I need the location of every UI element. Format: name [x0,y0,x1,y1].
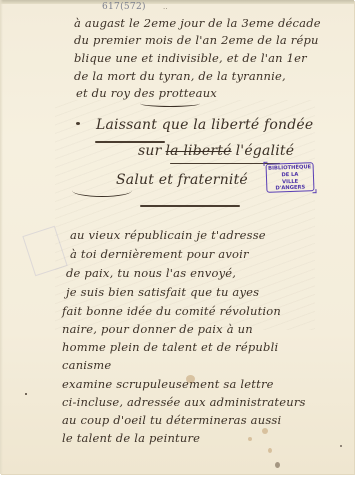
closing-line-3: au coup d'oeil tu détermineras aussi [62,413,281,427]
body-line-1: au vieux républicain je t'adresse [70,228,266,242]
header-line-5: et du roy des protteaux [76,86,217,100]
body-line-7: homme plein de talent et de républi [62,340,278,354]
foxing-stain [268,448,272,453]
library-stamp: BIBLIOTHÈQUE DE LA VILLE D'ANGERS [266,162,315,193]
closing-line-1: examine scrupuleusement sa lettre [62,377,274,391]
header-line-2: du premier mois de l'an 2eme de la répu [74,33,319,47]
motto-line-1: Laissant que la liberté fondée [96,117,313,133]
body-line-2: à toi dernièrement pour avoir [70,247,249,261]
header-line-4: de la mort du tyran, de la tyrannie, [74,69,286,83]
ink-speck [340,445,342,447]
foxing-stain [275,462,280,468]
closing-line-4: le talent de la peinture [62,431,200,445]
manuscript-page: 617(572) .. à augast le 2eme jour de la … [0,0,354,474]
motto-line-2-prefix: sur [138,143,162,159]
body-line-4: je suis bien satisfait que tu ayes [66,285,259,299]
motto-line-2-suffix: l'égalité [236,143,295,159]
stamp-line-3: VILLE D'ANGERS [267,178,313,193]
foxing-stain [248,437,252,441]
salutation: Salut et fraternité [116,172,248,188]
faded-stamp-ghost [22,226,67,276]
header-line-3: blique une et indivisible, et de l'an 1e… [74,51,307,65]
body-line-5: fait bonne idée du comité révolution [62,304,281,318]
flourish-2 [72,184,132,197]
ink-blot [76,122,80,125]
salutation-underline [140,205,240,207]
header-line-1: à augast le 2eme jour de la 3eme décade [74,16,321,30]
closing-line-2: ci-incluse, adressée aux administrateurs [62,395,306,409]
foxing-stain [262,428,268,434]
ink-speck [25,393,27,395]
motto-struck-text: la liberté [166,143,232,159]
flourish-1 [140,100,200,107]
motto-line-2: sur la liberté l'égalité [138,142,294,160]
body-line-6: naire, pour donner de paix à un [62,322,253,336]
body-line-3: de paix, tu nous l'as envoyé, [66,266,236,280]
mark-dots: .. [163,3,167,11]
body-line-8: canisme [62,358,111,372]
archive-number: 617(572) [102,2,146,12]
foxing-stain [186,375,195,383]
